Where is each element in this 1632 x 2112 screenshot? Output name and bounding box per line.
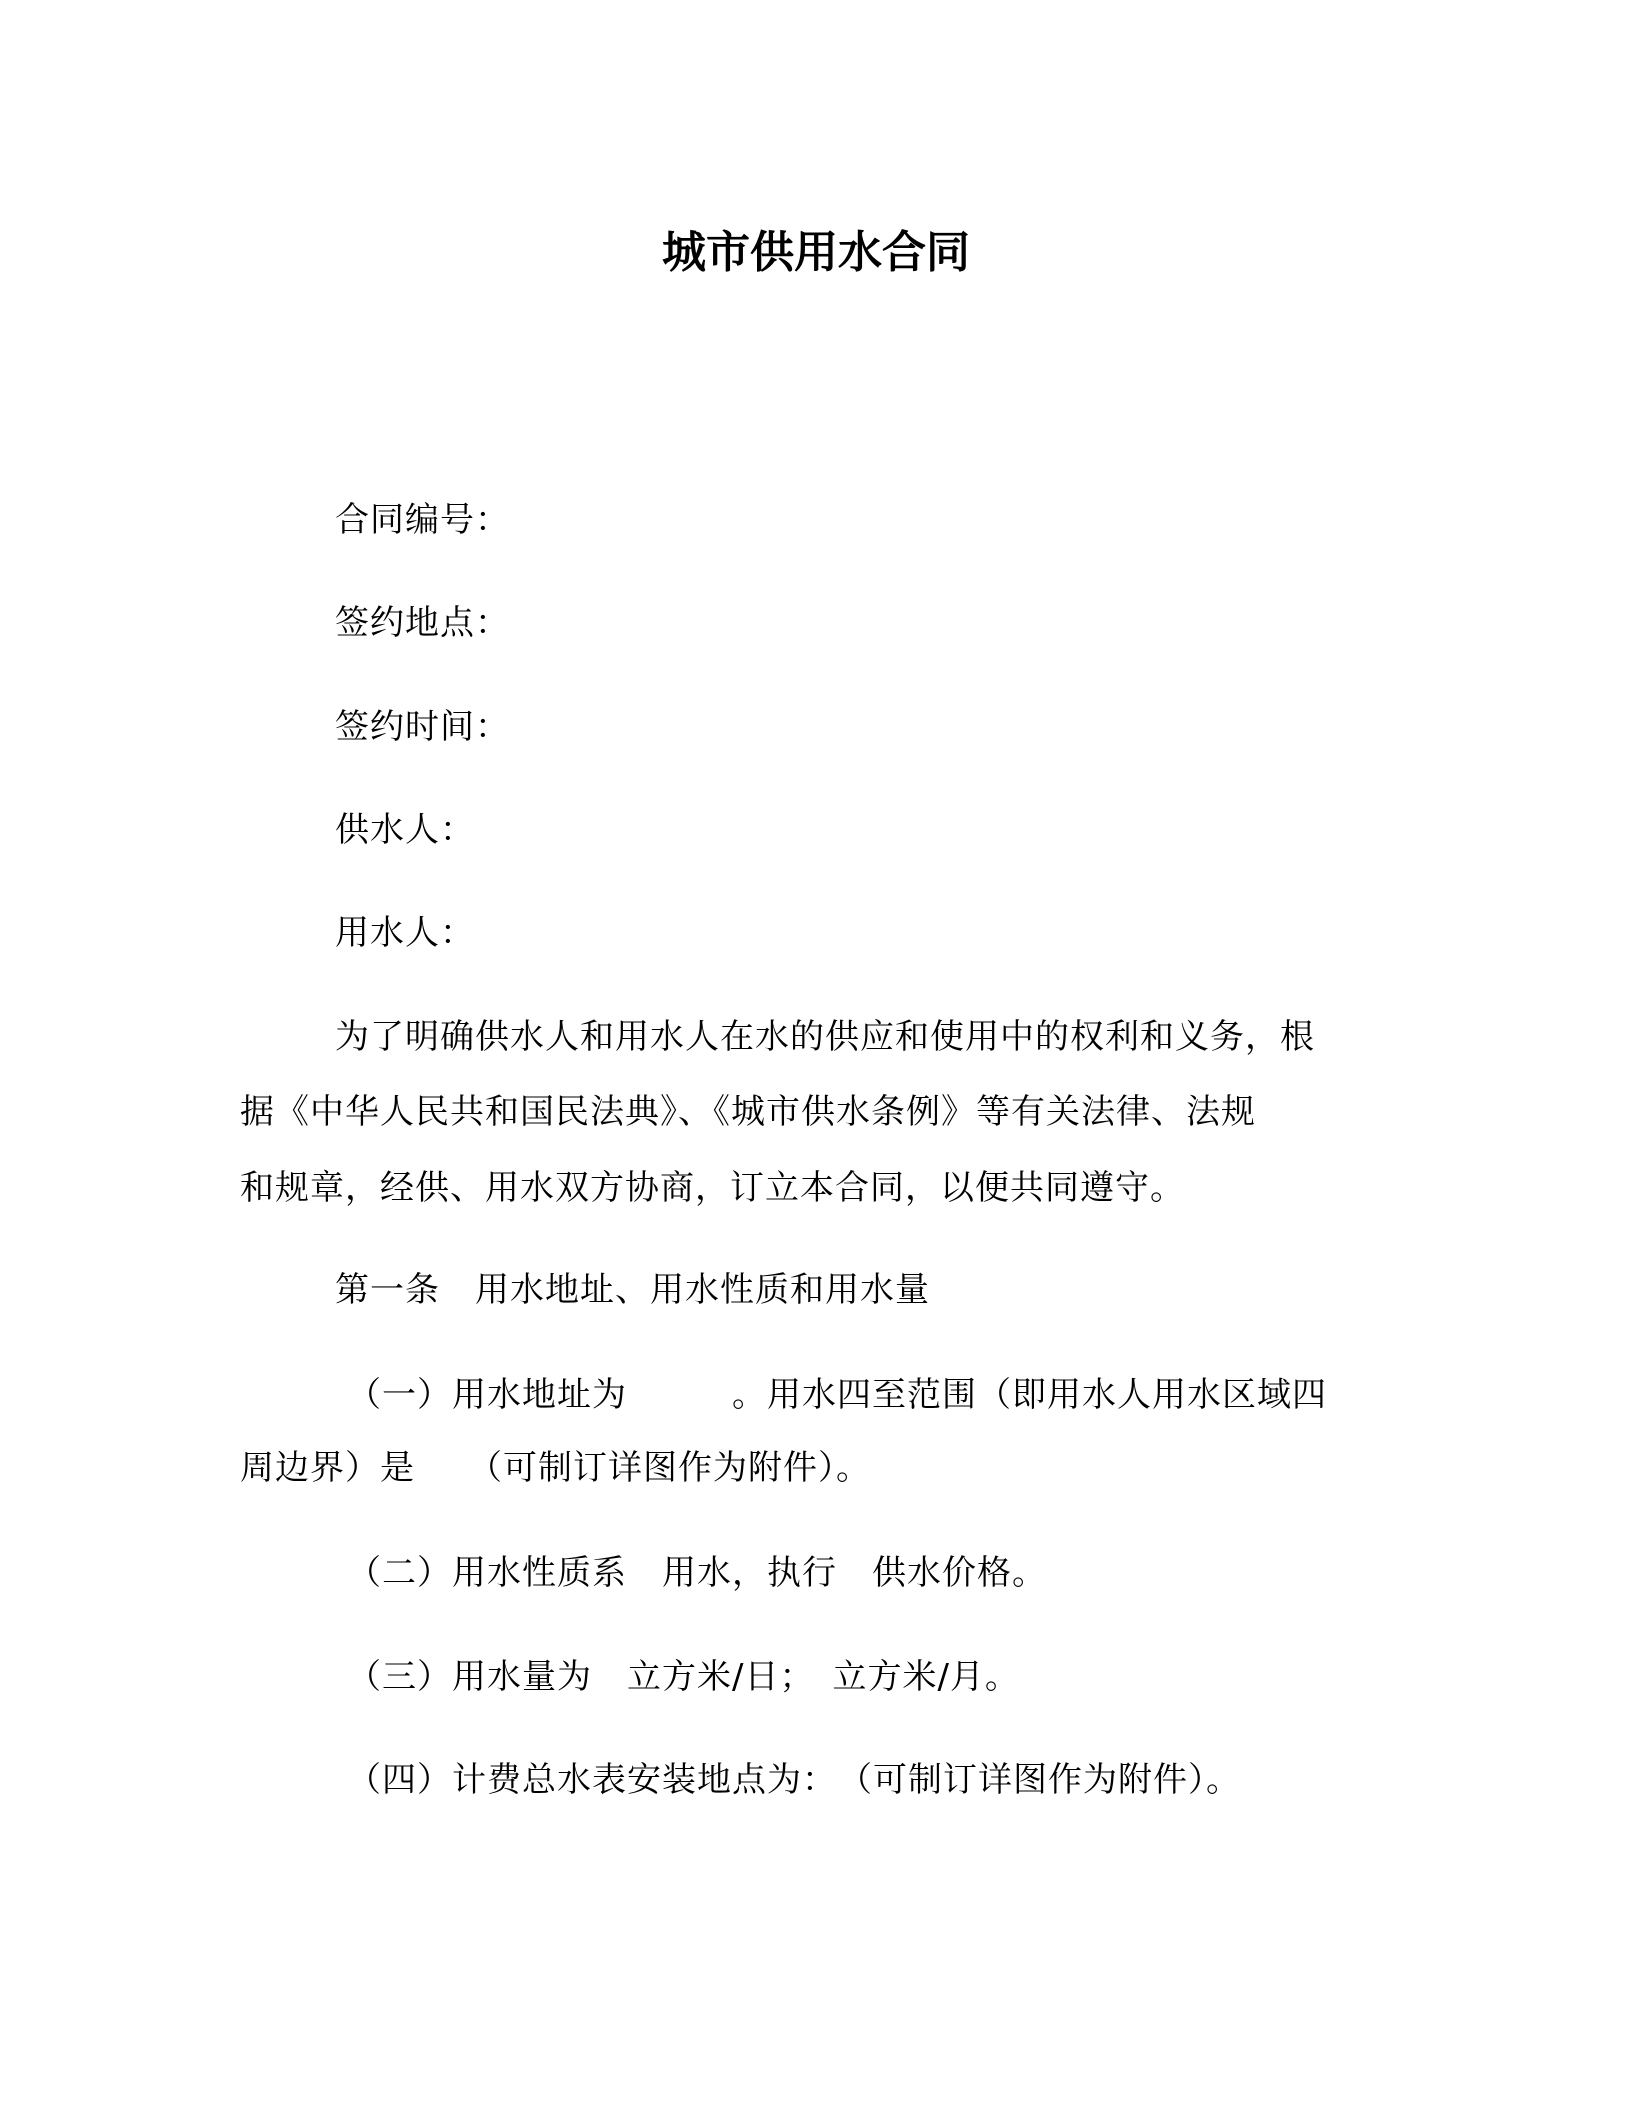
field-contract-number: 合同编号： bbox=[335, 497, 510, 543]
preamble-line-1: 为了明确供水人和用水人在水的供应和使用中的权利和义务，根 bbox=[335, 1014, 1315, 1060]
document-title: 城市供用水合同 bbox=[0, 225, 1632, 281]
preamble-line-2: 据《中华人民共和国民法典》、《城市供水条例》等有关法律、法规 bbox=[240, 1089, 1256, 1135]
clause-3: （三）用水量为 立方米/日； 立方米/月。 bbox=[347, 1654, 1020, 1700]
field-signing-place: 签约地点： bbox=[335, 600, 510, 646]
field-water-supplier: 供水人： bbox=[335, 807, 475, 853]
preamble-line-3: 和规章，经供、用水双方协商，订立本合同，以便共同遵守。 bbox=[240, 1165, 1185, 1211]
clause-2: （二）用水性质系 用水，执行 供水价格。 bbox=[347, 1550, 1047, 1596]
article-1-heading: 第一条 用水地址、用水性质和用水量 bbox=[335, 1267, 930, 1313]
clause-1-line-1: （一）用水地址为 。用水四至范围（即用水人用水区域四 bbox=[347, 1372, 1327, 1418]
field-signing-time: 签约时间： bbox=[335, 704, 510, 750]
document-page: 城市供用水合同 合同编号： 签约地点： 签约时间： 供水人： 用水人： 为了明确… bbox=[0, 0, 1632, 2112]
clause-1-line-2: 周边界）是 （可制订详图作为附件）。 bbox=[240, 1445, 871, 1491]
clause-4: （四）计费总水表安装地点为： （可制订详图作为附件）。 bbox=[347, 1757, 1241, 1803]
field-water-user: 用水人： bbox=[335, 910, 475, 956]
